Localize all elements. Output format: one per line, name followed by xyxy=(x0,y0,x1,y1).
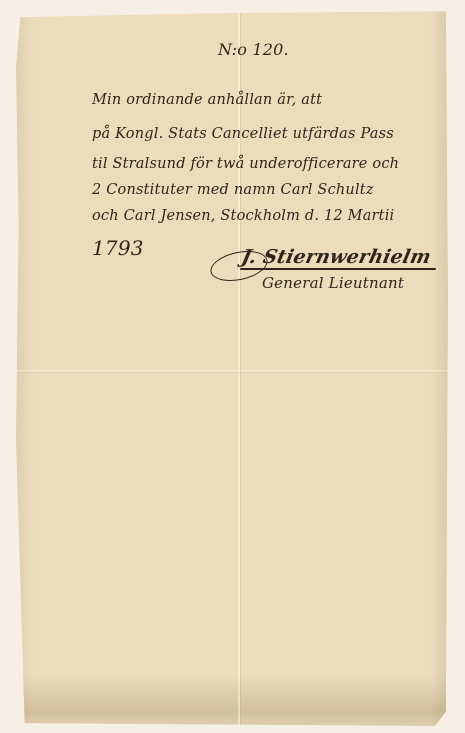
signature: J. Stiernwerhielm xyxy=(240,246,433,268)
letter-line-5: och Carl Jensen, Stockholm d. 12 Martii xyxy=(92,208,394,224)
vertical-fold-line xyxy=(238,10,240,726)
letter-line-3: til Stralsund för twå underofficerare oc… xyxy=(92,156,399,172)
signer-title: General Lieutnant xyxy=(262,274,404,292)
letter-paper xyxy=(16,10,448,726)
letter-line-1: Min ordinande anhållan är, att xyxy=(92,92,322,108)
letter-line-4: 2 Constituter med namn Carl Schultz xyxy=(92,182,374,198)
letter-line-2: på Kongl. Stats Cancelliet utfärdas Pass xyxy=(92,126,394,142)
document-number: N:o 120. xyxy=(218,40,289,59)
signature-underline xyxy=(240,268,436,270)
letter-year: 1793 xyxy=(92,236,144,260)
horizontal-fold-line xyxy=(16,370,448,372)
